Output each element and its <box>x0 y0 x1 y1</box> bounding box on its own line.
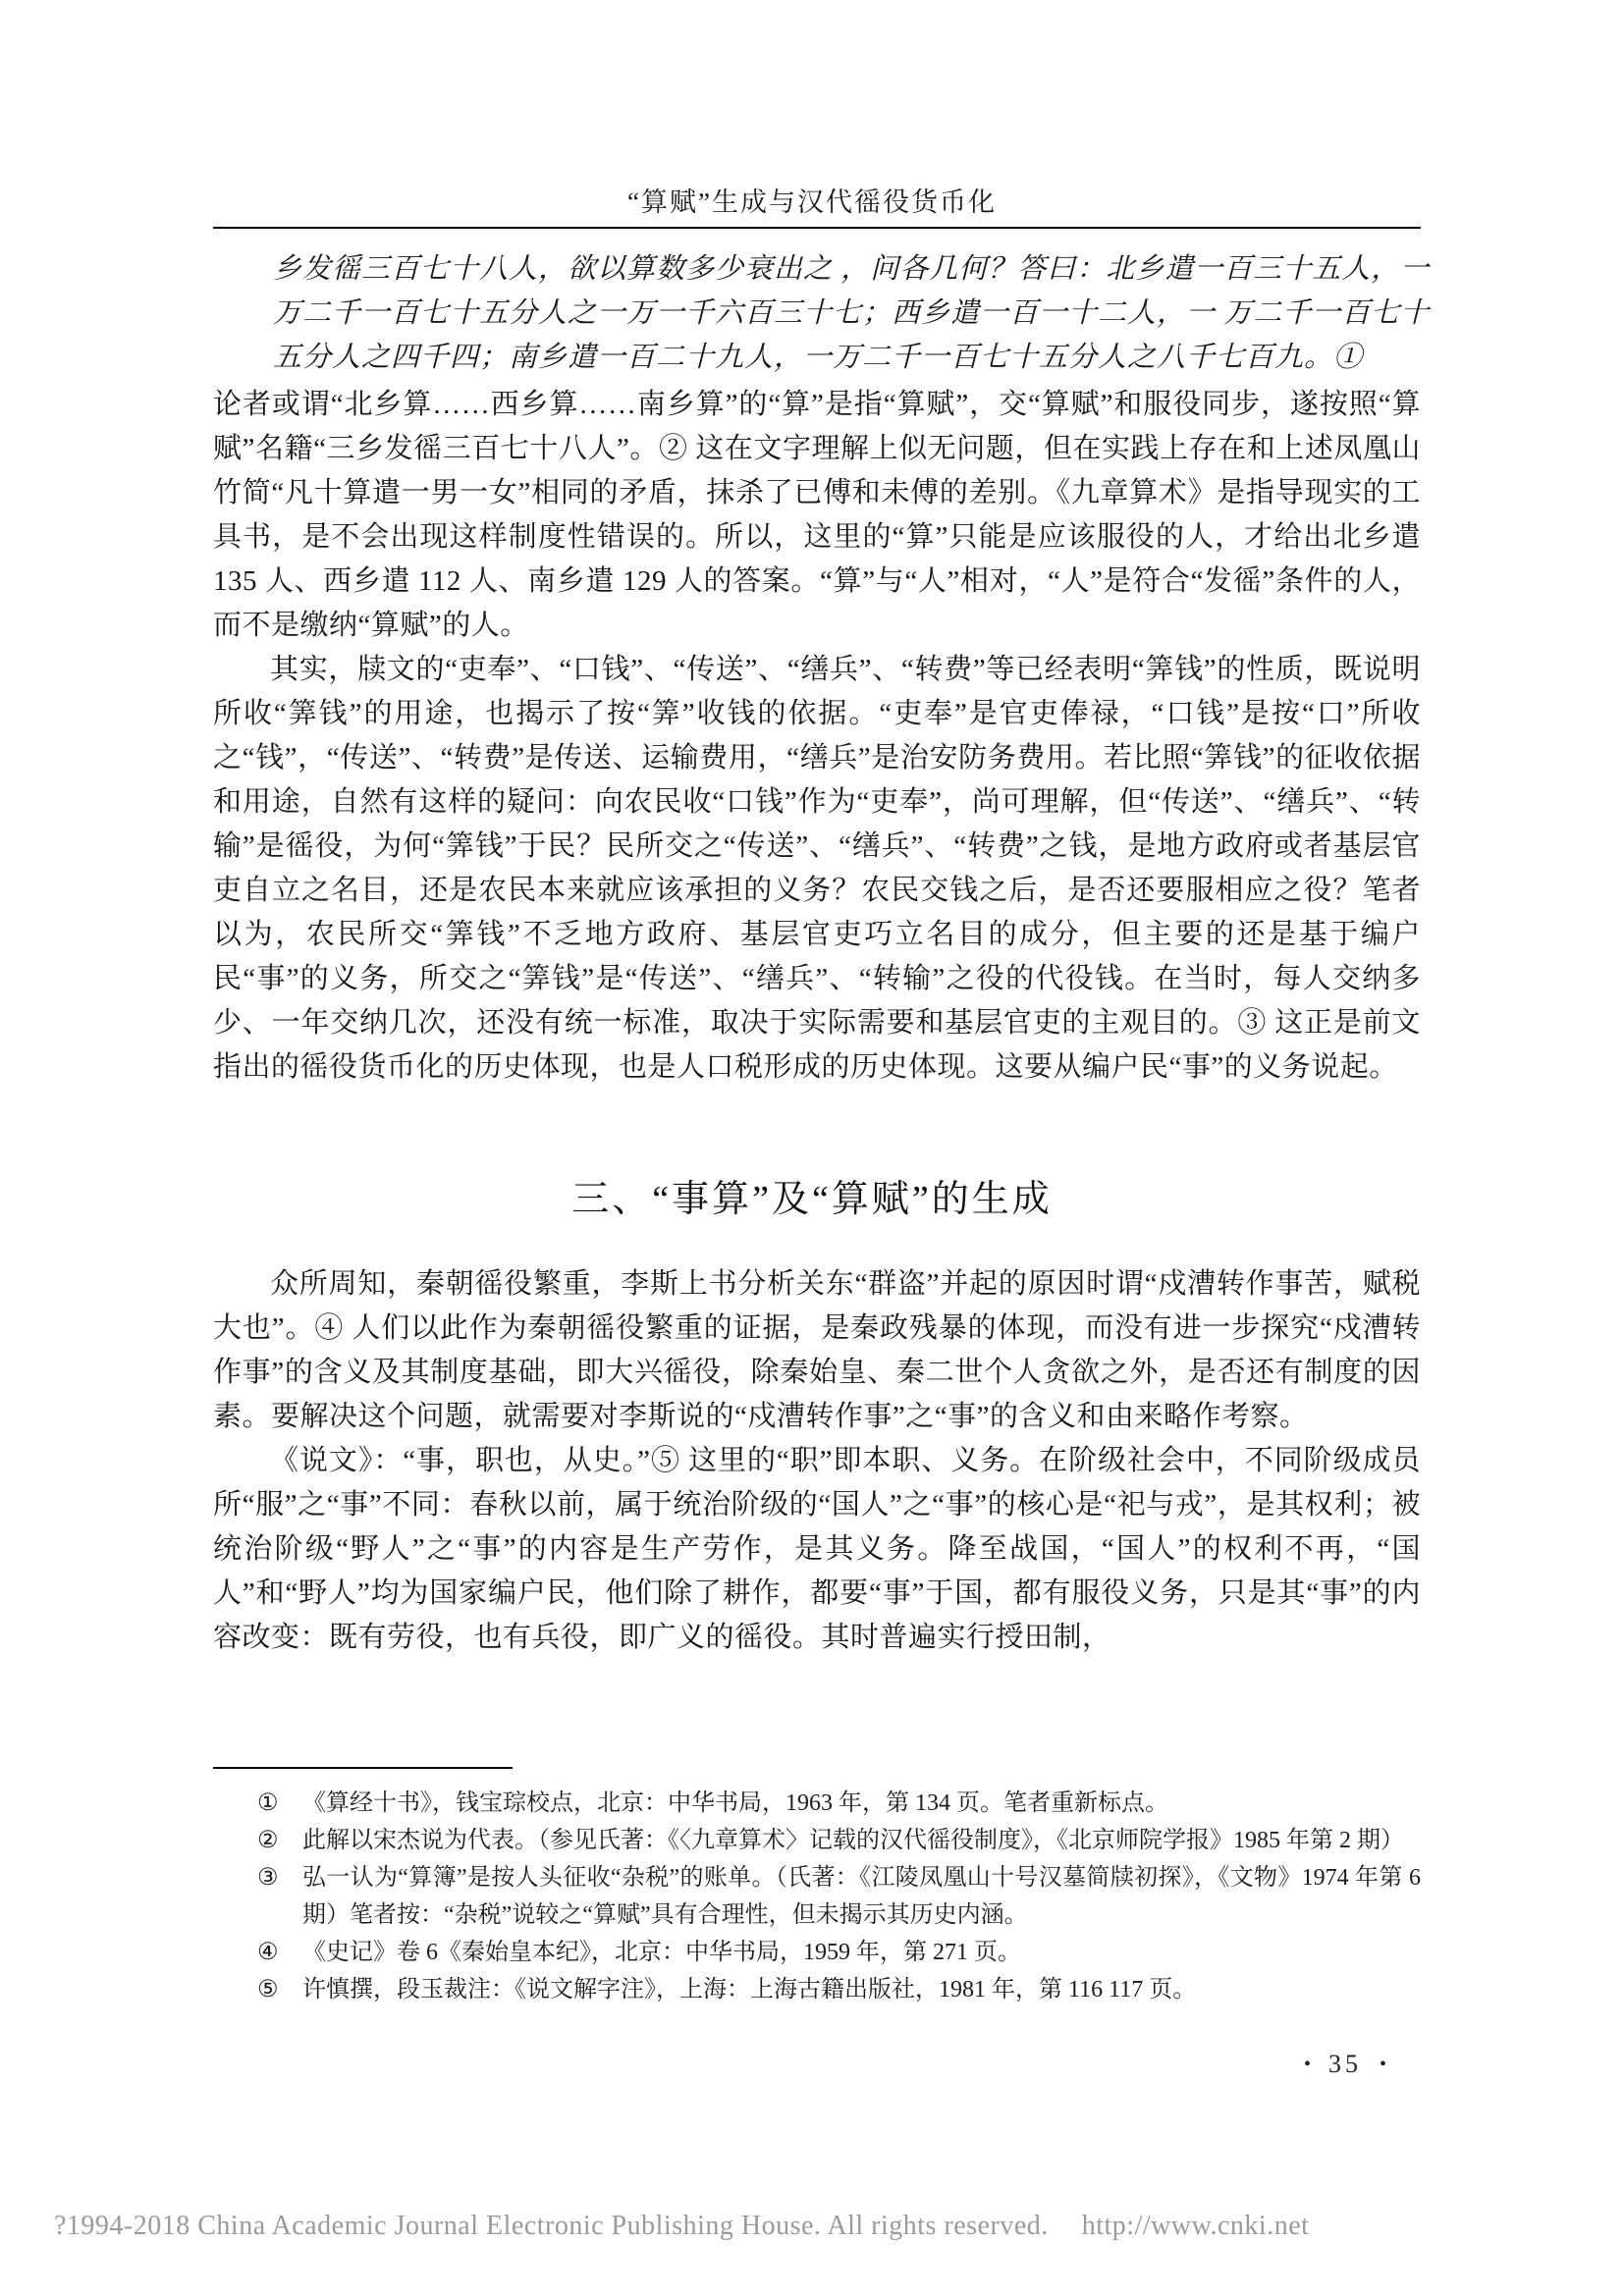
page-number-value: 35 <box>1328 2050 1362 2078</box>
footnote-item: ④ 《史记》卷 6《秦始皇本纪》，北京：中华书局，1959 年，第 271 页。 <box>213 1934 1421 1971</box>
footnote-text: 此解以宋杰说为代表。（参见氏著：《〈九章算术〉记载的汉代徭役制度》，《北京师院学… <box>302 1822 1421 1859</box>
paragraph-shuowen-shi: 《说文》：“事，职也，从史。”⑤ 这里的“职”即本职、义务。在阶级社会中，不同阶… <box>213 1439 1421 1660</box>
cnki-watermark: ?1994-2018 China Academic Journal Electr… <box>54 2211 1586 2242</box>
footnote-text: 弘一认为“算簿”是按人头征收“杂税”的账单。（氏著：《江陵凤凰山十号汉墓简牍初探… <box>302 1859 1421 1934</box>
footnote-marker: ④ <box>257 1934 302 1971</box>
footnote-text: 《史记》卷 6《秦始皇本纪》，北京：中华书局，1959 年，第 271 页。 <box>302 1934 1421 1971</box>
footnote-text: 《算经十书》，钱宝琮校点，北京：中华书局，1963 年，第 134 页。笔者重新… <box>302 1785 1421 1822</box>
footnote-item: ③ 弘一认为“算簿”是按人头征收“杂税”的账单。（氏著：《江陵凤凰山十号汉墓简牍… <box>213 1859 1421 1934</box>
body-text-upper: 论者或谓“北乡算……西乡算……南乡算”的“算”是指“算赋”，交“算赋”和服役同步… <box>213 383 1421 1090</box>
section-heading: 三、“事算”及“算赋”的生成 <box>0 1168 1624 1222</box>
footnote-item: ① 《算经十书》，钱宝琮校点，北京：中华书局，1963 年，第 134 页。笔者… <box>213 1785 1421 1822</box>
header-divider-line <box>213 227 1421 229</box>
block-quote: 乡发徭三百七十八人，欲以算数多少衰出之 ，问各几何？答曰：北乡遣一百三十五人，一… <box>273 247 1428 380</box>
page-number-left-dot: • <box>1304 2054 1311 2075</box>
watermark-text: ?1994-2018 China Academic Journal Electr… <box>54 2211 1049 2241</box>
footnote-text: 许慎撰，段玉裁注：《说文解字注》，上海：上海古籍出版社，1981 年，第 116… <box>302 1971 1421 2008</box>
watermark-url: http://www.cnki.net <box>1082 2211 1310 2241</box>
footnote-marker: ① <box>257 1785 302 1822</box>
paragraph-suanqian-nature: 其实，牍文的“吏奉”、“口钱”、“传送”、“缮兵”、“转费”等已经表明“筭钱”的… <box>213 648 1421 1090</box>
footnote-item: ⑤ 许慎撰，段玉裁注：《说文解字注》，上海：上海古籍出版社，1981 年，第 1… <box>213 1971 1421 2008</box>
footnote-marker: ③ <box>257 1859 302 1896</box>
footnote-marker: ⑤ <box>257 1971 302 2008</box>
footnote-item: ② 此解以宋杰说为代表。（参见氏著：《〈九章算术〉记载的汉代徭役制度》，《北京师… <box>213 1822 1421 1859</box>
page-header-title: “算赋”生成与汉代徭役货币化 <box>0 181 1624 219</box>
paragraph-analysis-suan: 论者或谓“北乡算……西乡算……南乡算”的“算”是指“算赋”，交“算赋”和服役同步… <box>213 383 1421 648</box>
footnote-marker: ② <box>257 1822 302 1859</box>
page-number: •35• <box>1276 2050 1414 2079</box>
page-number-right-dot: • <box>1380 2054 1386 2075</box>
quote-line: 五分人之四千四；南乡遣一百二十九人，一万二千一百七十五分人之八千七百九。① <box>273 336 1428 380</box>
footnote-divider-line <box>213 1767 513 1769</box>
paragraph-qin-corvee: 众所周知，秦朝徭役繁重，李斯上书分析关东“群盗”并起的原因时谓“戍漕转作事苦，赋… <box>213 1262 1421 1439</box>
quote-line: 万二千一百七十五分人之一万一千六百三十七；西乡遣一百一十二人，一 万二千一百七十 <box>273 292 1428 336</box>
footnote-list: ① 《算经十书》，钱宝琮校点，北京：中华书局，1963 年，第 134 页。笔者… <box>213 1785 1421 2008</box>
quote-line: 乡发徭三百七十八人，欲以算数多少衰出之 ，问各几何？答曰：北乡遣一百三十五人，一 <box>273 247 1428 292</box>
body-text-lower: 众所周知，秦朝徭役繁重，李斯上书分析关东“群盗”并起的原因时谓“戍漕转作事苦，赋… <box>213 1262 1421 1660</box>
